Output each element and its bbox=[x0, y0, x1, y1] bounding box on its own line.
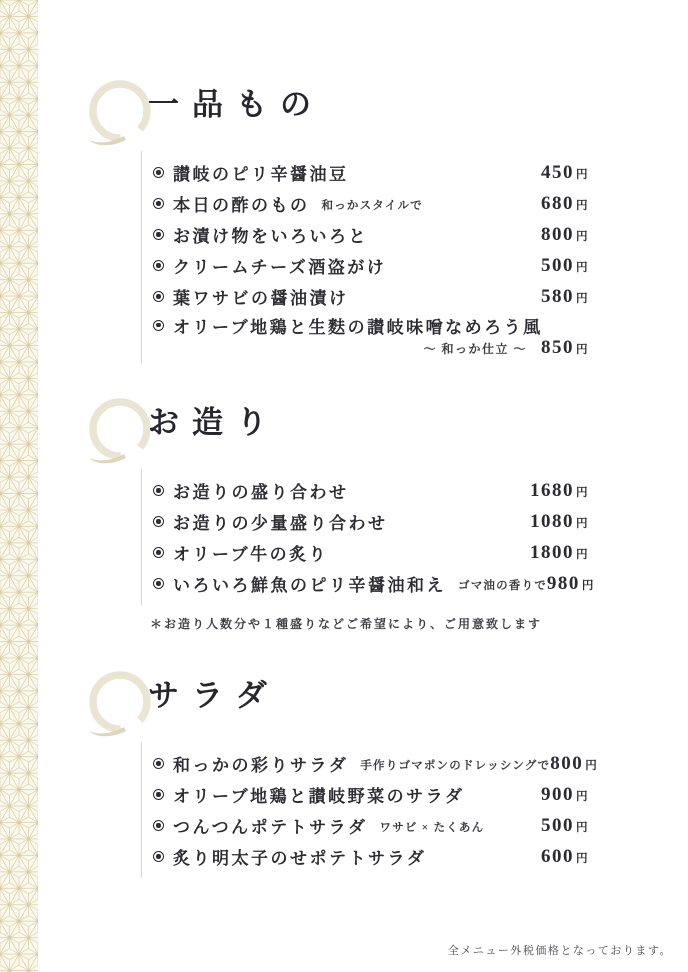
item-name: 本日の酢のもの bbox=[173, 191, 310, 216]
yen-label: 円 bbox=[576, 228, 590, 244]
menu-item: オリーブ牛の炙り 1800円 bbox=[153, 537, 590, 568]
section-footnote: ＊お造り人数分や１種盛りなどご希望により、ご用意致します bbox=[150, 615, 590, 632]
section-title: サラダ bbox=[148, 674, 590, 718]
bullet-icon bbox=[153, 516, 164, 527]
item-note: 和っかスタイルで bbox=[322, 194, 423, 213]
section-salad: サラダ 和っかの彩りサラダ 手作りゴマポンのドレッシングで 800円 オリーブ地… bbox=[148, 674, 590, 878]
section-title: 一品もの bbox=[148, 83, 590, 127]
yen-label: 円 bbox=[576, 290, 590, 306]
item-price: 450円 bbox=[541, 162, 590, 184]
item-name: つんつんポテトサラダ bbox=[173, 813, 368, 838]
item-price: 500円 bbox=[541, 255, 590, 277]
item-name: オリーブ牛の炙り bbox=[173, 540, 328, 565]
menu-item: 本日の酢のもの 和っかスタイルで 680円 bbox=[153, 188, 590, 219]
item-name: オリーブ地鶏と生麩の讃岐味噌なめろう風 bbox=[173, 313, 543, 338]
item-price: 850円 bbox=[541, 337, 590, 359]
yen-label: 円 bbox=[576, 484, 590, 500]
item-note: ～ 和っか仕立 ～ bbox=[423, 340, 527, 357]
bullet-icon bbox=[153, 547, 164, 558]
item-price: 800円 bbox=[550, 753, 599, 775]
item-name: 炙り明太子のせポテトサラダ bbox=[173, 844, 426, 869]
bullet-icon bbox=[153, 851, 164, 862]
item-name: クリームチーズ酒盗がけ bbox=[173, 253, 386, 278]
menu-item: オリーブ地鶏と讃岐野菜のサラダ 900円 bbox=[153, 779, 590, 810]
yen-label: 円 bbox=[585, 757, 599, 773]
item-price: 1680円 bbox=[530, 480, 590, 502]
menu-item: クリームチーズ酒盗がけ 500円 bbox=[153, 250, 590, 281]
item-list: 讃岐のピリ辛醤油豆 450円 本日の酢のもの 和っかスタイルで 680円 お漬け… bbox=[141, 151, 590, 364]
item-name: お造りの少量盛り合わせ bbox=[173, 509, 388, 534]
item-list: 和っかの彩りサラダ 手作りゴマポンのドレッシングで 800円 オリーブ地鶏と讃岐… bbox=[141, 742, 590, 878]
item-note: 手作りゴマポンのドレッシングで bbox=[360, 754, 550, 773]
brush-circle-icon bbox=[86, 666, 154, 750]
menu-item: オリーブ地鶏と生麩の讃岐味噌なめろう風 ～ 和っか仕立 ～ 850円 bbox=[153, 312, 590, 358]
item-price: 1080円 bbox=[530, 511, 590, 533]
bullet-icon bbox=[153, 198, 164, 209]
bullet-icon bbox=[153, 578, 164, 589]
item-price: 800円 bbox=[541, 224, 590, 246]
yen-label: 円 bbox=[576, 197, 590, 213]
bullet-icon bbox=[153, 789, 164, 800]
bullet-icon bbox=[153, 485, 164, 496]
yen-label: 円 bbox=[576, 546, 590, 562]
asanoha-pattern-border bbox=[0, 0, 38, 972]
brush-circle-icon bbox=[86, 75, 154, 159]
section-otsukuri: お造り お造りの盛り合わせ 1680円 お造りの少量盛り合わせ 1080円 オリ… bbox=[148, 401, 590, 632]
menu-item: 葉ワサビの醤油漬け 580円 bbox=[153, 281, 590, 312]
item-price: 500円 bbox=[541, 815, 590, 837]
yen-label: 円 bbox=[576, 819, 590, 835]
yen-label: 円 bbox=[576, 341, 590, 357]
item-name: 和っかの彩りサラダ bbox=[173, 751, 348, 776]
item-list: お造りの盛り合わせ 1680円 お造りの少量盛り合わせ 1080円 オリーブ牛の… bbox=[141, 469, 590, 605]
menu-item: つんつんポテトサラダ ワサビ × たくあん 500円 bbox=[153, 810, 590, 841]
section-title: お造り bbox=[148, 401, 590, 445]
menu-item: 讃岐のピリ辛醤油豆 450円 bbox=[153, 157, 590, 188]
bullet-icon bbox=[153, 758, 164, 769]
bullet-icon bbox=[153, 260, 164, 271]
item-name: お造りの盛り合わせ bbox=[173, 478, 349, 503]
menu-item: お漬け物をいろいろと 800円 bbox=[153, 219, 590, 250]
yen-label: 円 bbox=[576, 259, 590, 275]
yen-label: 円 bbox=[576, 515, 590, 531]
menu-item: いろいろ鮮魚のピリ辛醤油和え ゴマ油の香りで 980円 bbox=[153, 568, 590, 599]
item-price: 980円 bbox=[547, 573, 596, 595]
yen-label: 円 bbox=[576, 850, 590, 866]
yen-label: 円 bbox=[576, 166, 590, 182]
menu-item: 和っかの彩りサラダ 手作りゴマポンのドレッシングで 800円 bbox=[153, 748, 590, 779]
item-name: オリーブ地鶏と讃岐野菜のサラダ bbox=[173, 782, 464, 807]
menu-item: お造りの盛り合わせ 1680円 bbox=[153, 475, 590, 506]
item-name: いろいろ鮮魚のピリ辛醤油和え bbox=[173, 571, 446, 596]
yen-label: 円 bbox=[576, 788, 590, 804]
item-name: お漬け物をいろいろと bbox=[173, 222, 368, 247]
yen-label: 円 bbox=[582, 577, 596, 593]
bullet-icon bbox=[153, 229, 164, 240]
bullet-icon bbox=[153, 320, 164, 331]
menu-page: 一品もの 讃岐のピリ辛醤油豆 450円 本日の酢のもの 和っかスタイルで 680… bbox=[0, 0, 688, 972]
item-name: 讃岐のピリ辛醤油豆 bbox=[173, 160, 349, 185]
tax-notice: 全メニュー外税価格となっております。 bbox=[448, 942, 672, 958]
item-note: ワサビ × たくあん bbox=[380, 816, 485, 835]
menu-item: お造りの少量盛り合わせ 1080円 bbox=[153, 506, 590, 537]
menu-item: 炙り明太子のせポテトサラダ 600円 bbox=[153, 841, 590, 872]
item-price: 680円 bbox=[541, 193, 590, 215]
asanoha-pattern-icon bbox=[0, 0, 38, 972]
item-note: ゴマ油の香りで bbox=[458, 574, 547, 593]
bullet-icon bbox=[153, 167, 164, 178]
section-ippinmono: 一品もの 讃岐のピリ辛醤油豆 450円 本日の酢のもの 和っかスタイルで 680… bbox=[148, 83, 590, 364]
item-price: 900円 bbox=[541, 784, 590, 806]
item-price: 580円 bbox=[541, 286, 590, 308]
item-name: 葉ワサビの醤油漬け bbox=[173, 284, 349, 309]
item-price: 600円 bbox=[541, 846, 590, 868]
brush-circle-icon bbox=[86, 393, 154, 477]
bullet-icon bbox=[153, 291, 164, 302]
bullet-icon bbox=[153, 820, 164, 831]
item-price: 1800円 bbox=[530, 542, 590, 564]
